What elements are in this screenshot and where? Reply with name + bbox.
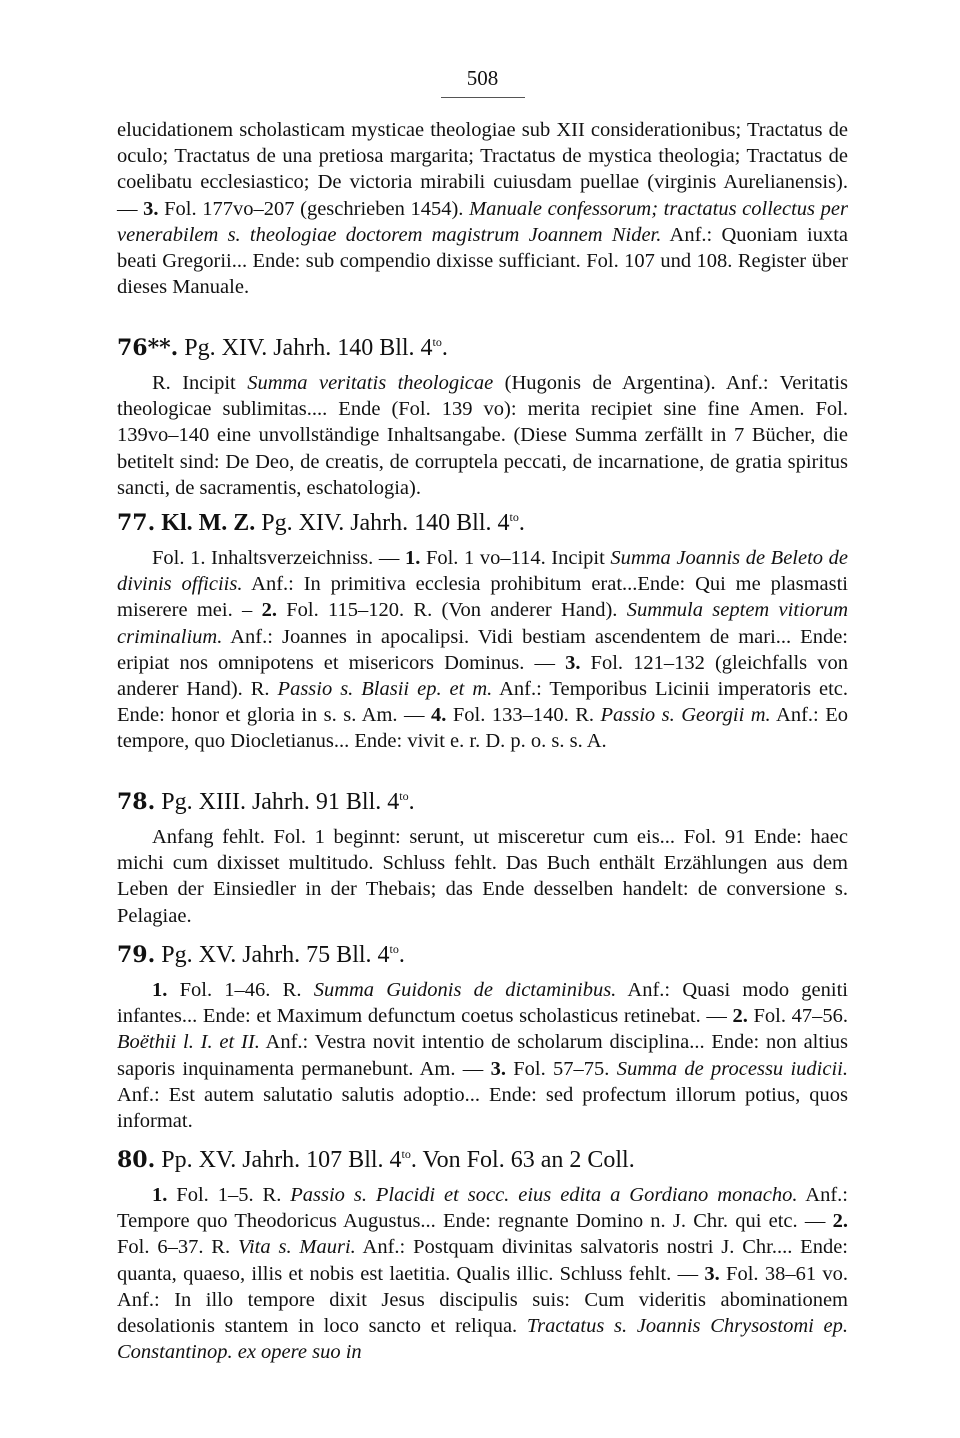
work-title: Vita s. Mauri. xyxy=(238,1236,356,1258)
work-title: Passio s. Placidi et socc. eius edita a … xyxy=(290,1184,797,1206)
continuation-block: elucidationem scholasticam mysticae theo… xyxy=(117,117,848,300)
entry-heading: 76**. Pg. XIV. Jahrh. 140 Bll. 4to. xyxy=(117,333,848,363)
continuation-paragraph: elucidationem scholasticam mysticae theo… xyxy=(117,117,848,300)
entry-heading: 78. Pg. XIII. Jahrh. 91 Bll. 4to. xyxy=(117,787,848,817)
entry-heading: 80. Pp. XV. Jahrh. 107 Bll. 4to. Von Fol… xyxy=(117,1145,848,1175)
entry-heading: 79. Pg. XV. Jahrh. 75 Bll. 4to. xyxy=(117,940,848,970)
entry-description: R. Incipit Summa veritatis theologicae (… xyxy=(117,370,848,501)
work-title: Summa de processu iudicii. xyxy=(617,1058,848,1080)
entry-heading: 77. Kl. M. Z. Pg. XIV. Jahrh. 140 Bll. 4… xyxy=(117,508,848,538)
work-title: Passio s. Blasii ep. et m. xyxy=(278,678,493,700)
work-title: Boëthii l. I. et II. xyxy=(117,1031,260,1053)
page-number-rule xyxy=(441,97,525,98)
entry-number: 78. xyxy=(117,789,155,815)
entry-description: Fol. 1. Inhaltsverzeichniss. — 1. Fol. 1… xyxy=(117,545,848,755)
entry-number: 77. xyxy=(117,510,155,536)
work-title: Summa Guidonis de dictaminibus. xyxy=(314,979,617,1001)
entry-80: 80. Pp. XV. Jahrh. 107 Bll. 4to. Von Fol… xyxy=(117,1145,848,1365)
work-title: Summa veritatis theologicae xyxy=(247,372,493,394)
page-number: 508 xyxy=(117,66,848,90)
entry-description: Anfang fehlt. Fol. 1 beginnt: serunt, ut… xyxy=(117,824,848,929)
entry-76: 76**. Pg. XIV. Jahrh. 140 Bll. 4to. R. I… xyxy=(117,333,848,501)
entry-77: 77. Kl. M. Z. Pg. XIV. Jahrh. 140 Bll. 4… xyxy=(117,508,848,755)
entry-number: 80. xyxy=(117,1147,155,1173)
entry-79: 79. Pg. XV. Jahrh. 75 Bll. 4to. 1. Fol. … xyxy=(117,940,848,1134)
work-title: Passio s. Georgii m. xyxy=(601,704,771,726)
entry-number: 76**. xyxy=(117,335,178,361)
entry-78: 78. Pg. XIII. Jahrh. 91 Bll. 4to. Anfang… xyxy=(117,787,848,929)
entry-number: 79. xyxy=(117,942,155,968)
entry-description: 1. Fol. 1–5. R. Passio s. Placidi et soc… xyxy=(117,1182,848,1365)
entry-description: 1. Fol. 1–46. R. Summa Guidonis de dicta… xyxy=(117,977,848,1134)
